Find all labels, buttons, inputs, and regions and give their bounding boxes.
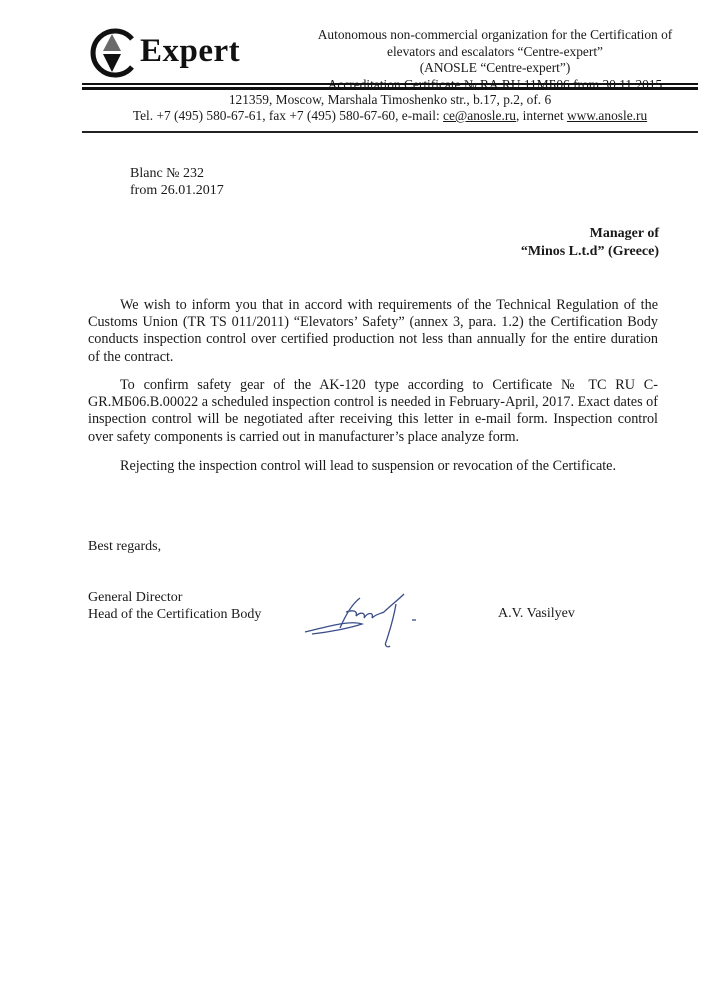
- signer-title-line: Head of the Certification Body: [88, 606, 261, 623]
- org-line: elevators and escalators “Centre-expert”: [300, 44, 690, 61]
- header-divider: [82, 83, 698, 85]
- signer-title: General Director Head of the Certificati…: [88, 589, 261, 623]
- blanc-number: Blanc № 232: [130, 165, 224, 182]
- diamond-in-circle-icon: [88, 27, 140, 79]
- document-date: from 26.01.2017: [130, 182, 224, 199]
- contact-line: Tel. +7 (495) 580-67-61, fax +7 (495) 58…: [82, 108, 698, 124]
- header-bottom-divider: [82, 131, 698, 133]
- company-logo: Expert: [88, 27, 278, 79]
- contact-block: 121359, Moscow, Marshala Timoshenko str.…: [82, 92, 698, 124]
- phone-fax: Tel. +7 (495) 580-67-61, fax +7 (495) 58…: [133, 108, 443, 123]
- signer-title-line: General Director: [88, 589, 261, 606]
- email-link[interactable]: ce@anosle.ru: [443, 108, 516, 123]
- logo-wordmark: Expert: [140, 33, 240, 70]
- addressee-company: “Minos L.t.d” (Greece): [521, 243, 659, 261]
- signer-name: A.V. Vasilyev: [498, 606, 575, 622]
- body-paragraph: We wish to inform you that in accord wit…: [88, 297, 658, 366]
- website-link[interactable]: www.anosle.ru: [567, 108, 647, 123]
- signature-icon: [300, 590, 470, 650]
- addressee-title: Manager of: [521, 225, 659, 243]
- document-reference: Blanc № 232 from 26.01.2017: [130, 165, 224, 199]
- closing-regards: Best regards,: [88, 539, 161, 555]
- body-paragraph: To confirm safety gear of the AK-120 typ…: [88, 377, 658, 446]
- header-divider: [82, 87, 698, 90]
- internet-label: , internet: [516, 108, 567, 123]
- addressee: Manager of “Minos L.t.d” (Greece): [521, 225, 659, 261]
- body-paragraph: Rejecting the inspection control will le…: [88, 458, 658, 475]
- org-line: Autonomous non-commercial organization f…: [300, 27, 690, 44]
- org-line: (ANOSLE “Centre-expert”): [300, 60, 690, 77]
- postal-address: 121359, Moscow, Marshala Timoshenko str.…: [82, 92, 698, 108]
